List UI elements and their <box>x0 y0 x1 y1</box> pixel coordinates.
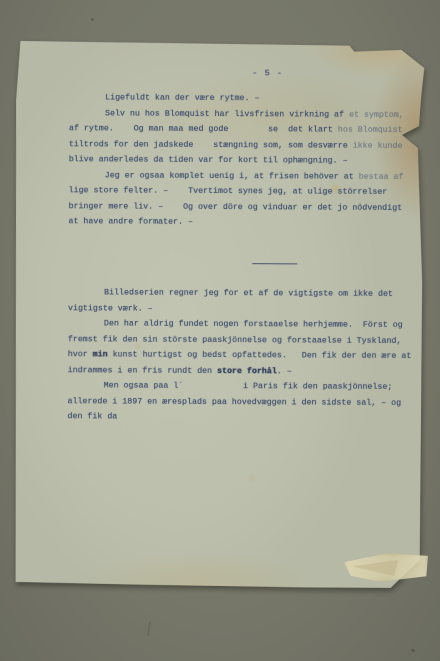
text-segment: et symptom, <box>349 110 404 119</box>
text-segment: tiltrods for den jadskede stængning som,… <box>69 140 353 150</box>
typewritten-line: Jeg er ogsaa komplet uenig i, at frisen … <box>69 168 419 185</box>
text-segment: Selv nu hos Blomquist har livsfrisen vir… <box>105 109 349 119</box>
typewritten-line: blive anderledes da tiden var for kort t… <box>69 152 419 169</box>
text-segment: bringer mere liv. – Og over döre og vind… <box>69 202 403 213</box>
card-speck <box>411 648 416 652</box>
typewritten-line: fremst fik den sin störste paaskjönnelse… <box>68 332 418 349</box>
text-segment: hvor <box>68 350 93 359</box>
text-segment: bestaa af <box>359 172 404 181</box>
typewritten-line: Ligefuldt kan der være rytme. – <box>69 90 419 107</box>
text-segment: fremst fik den sin störste paaskjönnelse… <box>68 335 402 346</box>
typewritten-line: Men ogsaa paa l´ i Paris fik den paaskjö… <box>68 378 418 395</box>
typewritten-line: allerede i 1897 en æresplads paa hovedvæ… <box>67 394 417 411</box>
text-segment: allerede i 1897 en æresplads paa hovedvæ… <box>68 397 402 408</box>
text-segment: af rytme. Og man maa med gode se det kla… <box>69 124 338 134</box>
text-segment: indrammes i en fris rundt den <box>68 366 217 376</box>
text-segment: . – <box>277 367 292 376</box>
typewritten-line: at have andre formater. – <box>68 214 418 231</box>
typewritten-line: Billedserien regner jeg for et af de vig… <box>68 285 418 302</box>
card-speck <box>91 18 94 21</box>
typewritten-line: vigtigste værk. – <box>68 301 418 318</box>
text-segment: at have andre formater. – <box>68 217 193 227</box>
text-segment: ikke kunde <box>353 141 403 150</box>
typewritten-line: hvor min kunst hurtigst og bedst opfatte… <box>68 347 418 364</box>
text-segment: vigtigste værk. – <box>68 304 153 313</box>
text-segment: Men ogsaa paa l´ i Paris fik den paaskjö… <box>104 381 393 392</box>
typewritten-line: tiltrods for den jadskede stængning som,… <box>69 137 419 154</box>
card-scratch <box>147 622 151 636</box>
typewritten-line: bringer mere liv. – Og over döre og vind… <box>69 199 419 216</box>
text-segment: blive anderledes da tiden var for kort t… <box>69 155 348 165</box>
text-segment: kunst hurtigst og bedst opfattedes. Den … <box>108 350 412 361</box>
text-segment: hos Blomquist <box>338 126 403 135</box>
paragraph-block-top: Ligefuldt kan der være rytme. –Selv nu h… <box>68 90 419 231</box>
text-segment: Den har aldrig fundet nogen forstaaelse … <box>104 319 403 330</box>
typewritten-line: lige store felter. – Tvertimot synes jeg… <box>69 183 419 200</box>
typewritten-line: Selv nu hos Blomquist har livsfrisen vir… <box>69 106 419 123</box>
text-segment: Ligefuldt kan der være rytme. – <box>105 93 259 103</box>
typewritten-line: af rytme. Og man maa med gode se det kla… <box>69 121 419 138</box>
text-segment: lige store felter. – Tvertimot synes jeg… <box>69 186 388 197</box>
text-segment: Billedserien regner jeg for et af de vig… <box>104 288 393 299</box>
typewritten-line: indrammes i en fris rundt den store forh… <box>68 363 418 380</box>
text-segment: den fik da <box>67 412 117 421</box>
typewritten-line: den fik da <box>67 409 417 426</box>
page-number: - 5 - <box>252 68 283 78</box>
paragraph-block-bottom: Billedserien regner jeg for et af de vig… <box>67 285 418 426</box>
typewritten-line: Den har aldrig fundet nogen forstaaelse … <box>68 316 418 333</box>
document-paper-wrapper: - 5 - Ligefuldt kan der være rytme. –Sel… <box>14 40 427 588</box>
text-segment: store forhål <box>217 366 277 375</box>
section-divider-line <box>252 263 297 264</box>
text-segment: Jeg er ogsaa komplet uenig i, at frisen … <box>105 171 359 181</box>
typewritten-document-page: - 5 - Ligefuldt kan der være rytme. –Sel… <box>14 40 427 588</box>
text-segment: min <box>93 350 108 359</box>
